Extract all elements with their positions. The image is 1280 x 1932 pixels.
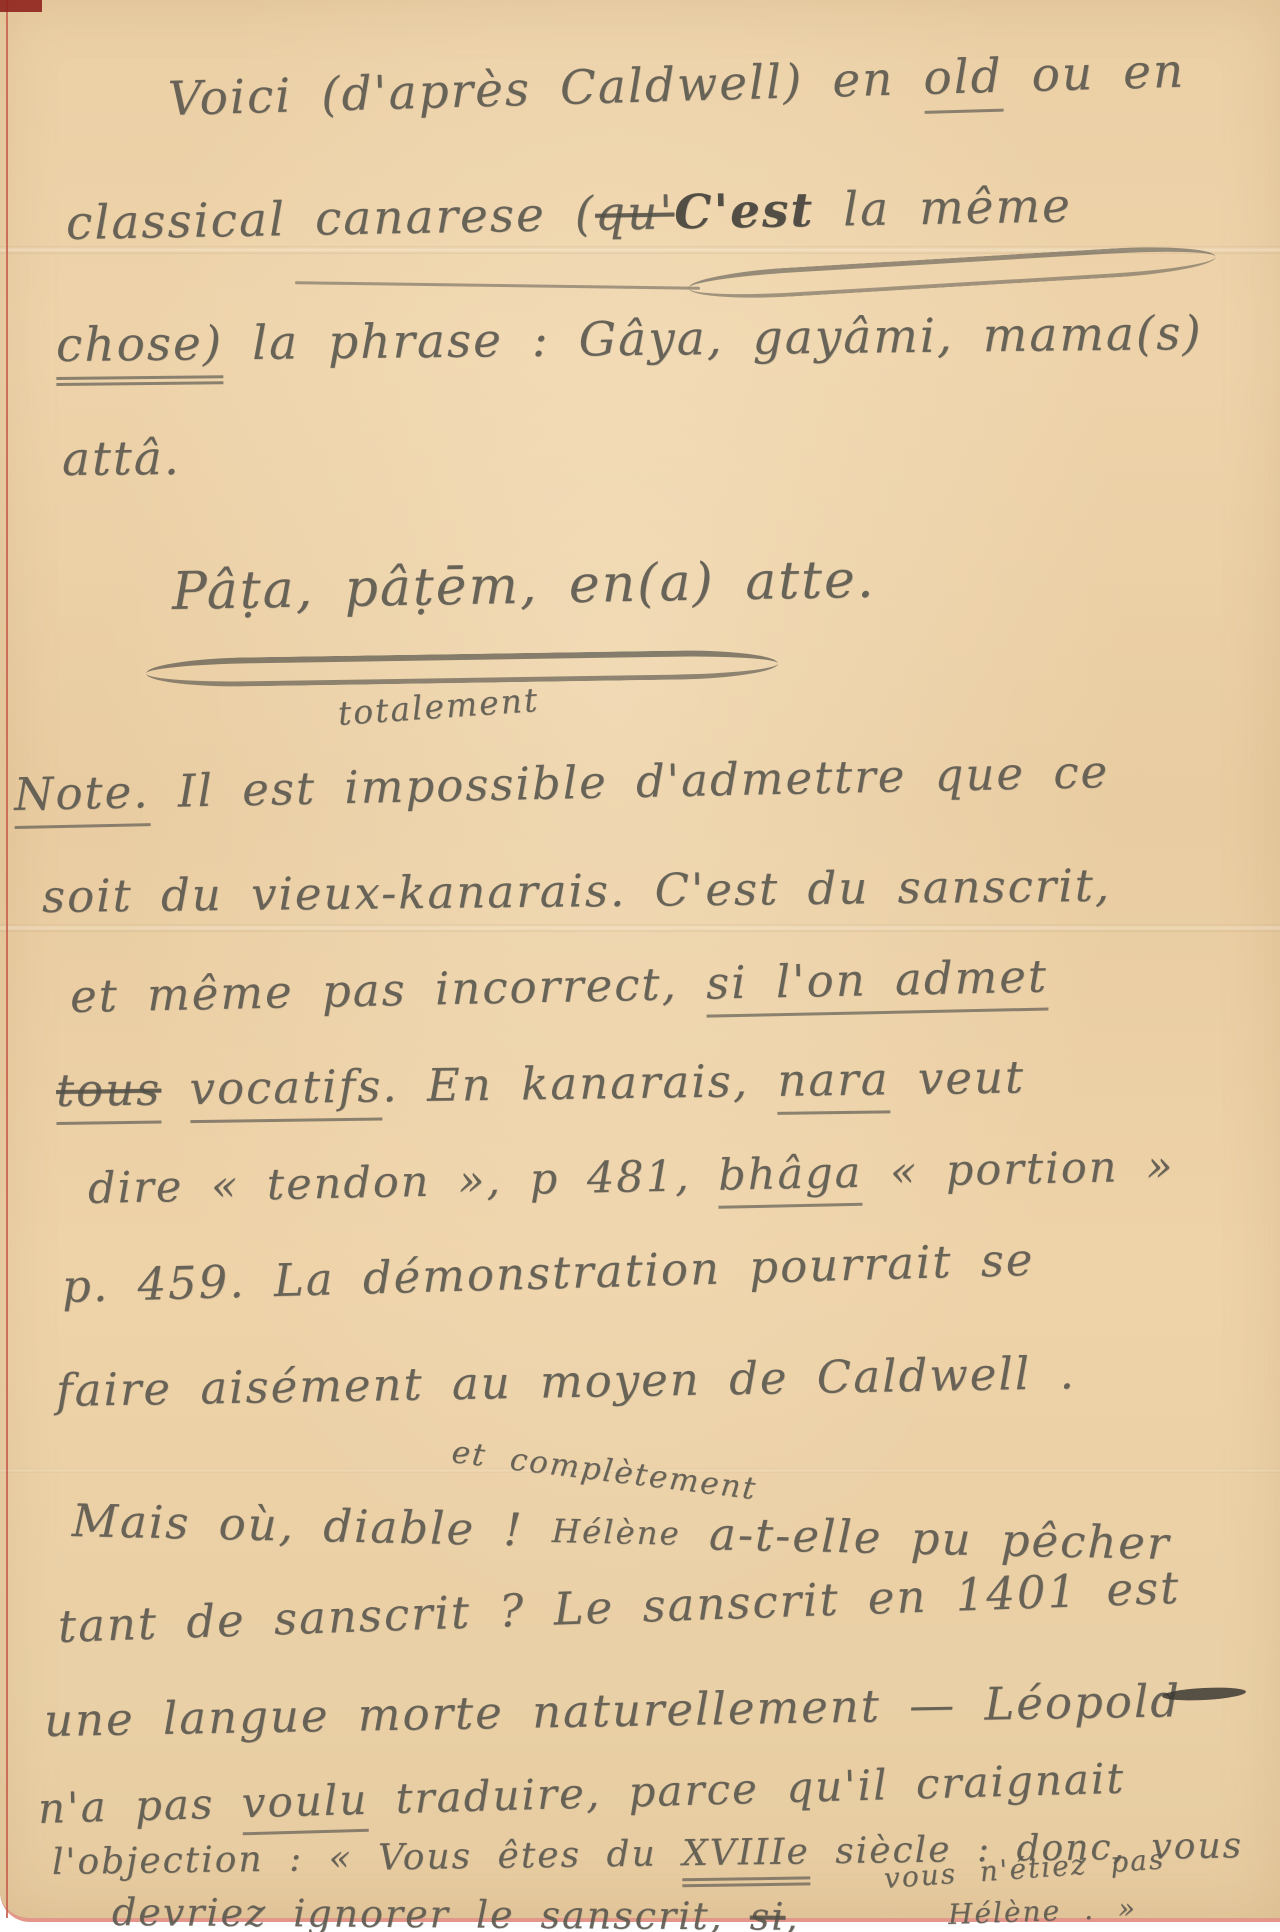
text-segment: si l'on admet xyxy=(705,950,1048,1018)
text-segment: . En kanarais, xyxy=(382,1054,778,1113)
text-segment: vocatifs xyxy=(189,1059,383,1123)
interline-insert-helene: Hélène . » xyxy=(947,1891,1137,1931)
text-segment: Pâṭa, pâṭēm, en(a) atte. xyxy=(171,550,875,622)
text-segment: classical canarese ( xyxy=(66,187,596,251)
text-segment: tous xyxy=(56,1063,162,1125)
text-segment: voulu xyxy=(241,1775,369,1836)
text-segment: veut xyxy=(889,1050,1025,1105)
handwriting-line-pata: Pâṭa, pâṭēm, en(a) atte. xyxy=(171,550,875,622)
corner-scan-mark xyxy=(0,0,42,12)
text-segment: chose) xyxy=(56,316,224,386)
handwriting-line-atta: attâ. xyxy=(62,431,181,487)
red-margin-line xyxy=(6,0,8,1918)
text-segment: devriez ignorer le sanscrit, xyxy=(112,1890,750,1932)
text-segment: « portion » xyxy=(862,1141,1175,1198)
text-segment: qu' xyxy=(595,185,675,241)
text-segment: , xyxy=(785,1895,799,1932)
text-segment: Mais où, diable ! xyxy=(71,1494,552,1557)
manuscript-page: Voici (d'après Caldwell) en old ou en cl… xyxy=(0,0,1280,1932)
text-segment: XVIIIe xyxy=(682,1831,810,1887)
text-segment: old xyxy=(923,49,1004,114)
text-segment: attâ. xyxy=(62,431,181,487)
text-segment: bhâga xyxy=(718,1148,863,1209)
text-segment: Hélène xyxy=(551,1512,681,1553)
text-segment: ou en xyxy=(1002,44,1186,104)
text-segment xyxy=(161,1062,190,1115)
text-segment: soit du vieux-kanarais. C'est du sanscri… xyxy=(42,859,1112,923)
text-segment: Note. xyxy=(13,765,150,829)
text-segment: a-t-elle pu pêcher xyxy=(680,1507,1171,1570)
text-segment: Hélène . » xyxy=(947,1891,1137,1931)
text-segment: l'objection : « Vous êtes du xyxy=(52,1833,683,1883)
text-segment: C'est xyxy=(674,183,815,240)
handwriting-line-note-13: devriez ignorer le sanscrit, si, xyxy=(112,1890,800,1932)
text-segment: nara xyxy=(777,1052,890,1115)
handwriting-line-note-2: soit du vieux-kanarais. C'est du sanscri… xyxy=(42,859,1112,923)
text-segment: la même xyxy=(814,178,1073,237)
text-segment: si xyxy=(750,1894,786,1932)
text-segment: la phrase : Gâya, gayâmi, mama(s) xyxy=(223,306,1203,371)
text-segment: n'a pas xyxy=(37,1778,242,1833)
